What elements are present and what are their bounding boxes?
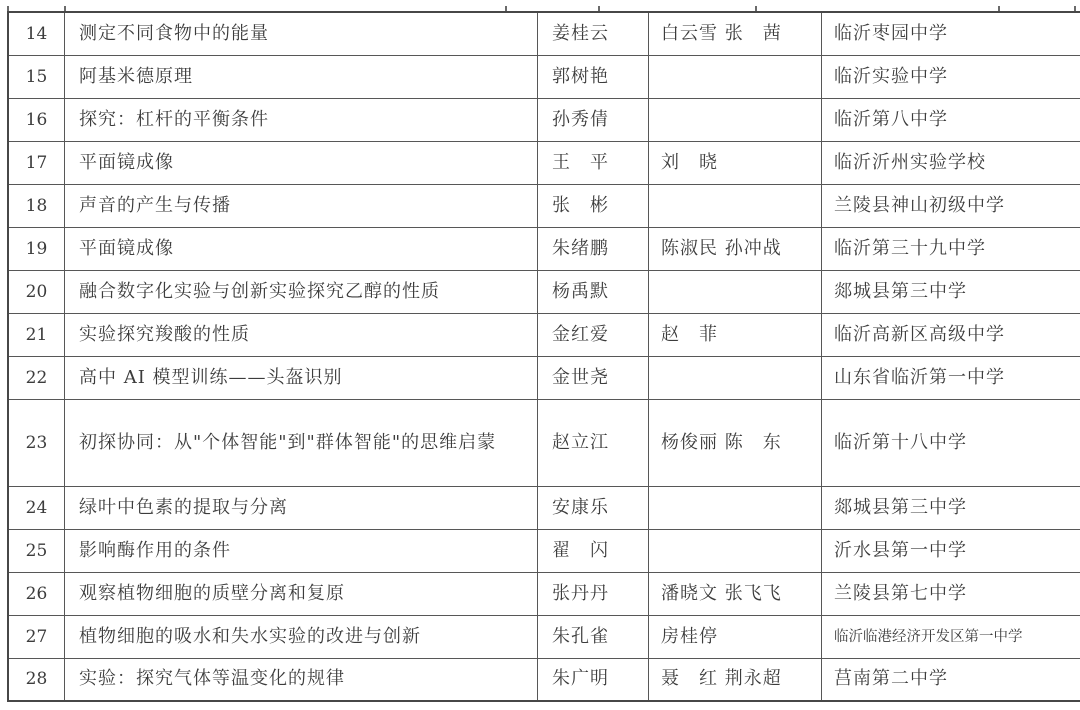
school-cell: 沂水县第一中学 xyxy=(822,529,1080,572)
title-cell: 融合数字化实验与创新实验探究乙醇的性质 xyxy=(65,270,538,313)
row-number-cell: 14 xyxy=(8,12,65,55)
table-row: 15 阿基米德原理 郭树艳 临沂实验中学 — xyxy=(8,55,1080,98)
members-cell: 杨俊丽 陈 东 xyxy=(649,399,822,486)
title-cell: 影响酶作用的条件 xyxy=(65,529,538,572)
title-cell: 实验：探究气体等温变化的规律 xyxy=(65,658,538,701)
row-number-cell: 22 xyxy=(8,356,65,399)
leader-cell: 朱绪鹏 xyxy=(538,227,649,270)
row-number-cell: 27 xyxy=(8,615,65,658)
members-cell: 聂 红 荆永超 xyxy=(649,658,822,701)
title-cell: 声音的产生与传播 xyxy=(65,184,538,227)
table-row: 16 探究：杠杆的平衡条件 孙秀倩 临沂第八中学 — xyxy=(8,98,1080,141)
title-cell: 观察植物细胞的质壁分离和复原 xyxy=(65,572,538,615)
table-row: 17 平面镜成像 王 平 刘 晓 临沂沂州实验学校 — xyxy=(8,141,1080,184)
members-cell xyxy=(649,98,822,141)
school-cell: 临沂第三十九中学 xyxy=(822,227,1080,270)
leader-cell: 赵立江 xyxy=(538,399,649,486)
title-cell: 高中 AI 模型训练——头盔识别 xyxy=(65,356,538,399)
row-number-cell: 15 xyxy=(8,55,65,98)
members-cell: 刘 晓 xyxy=(649,141,822,184)
row-number-cell: 20 xyxy=(8,270,65,313)
table-row: 23 初探协同：从"个体智能"到"群体智能"的思维启蒙 赵立江 杨俊丽 陈 东 … xyxy=(8,399,1080,486)
leader-cell: 孙秀倩 xyxy=(538,98,649,141)
school-cell: 临沂高新区高级中学 xyxy=(822,313,1080,356)
row-number-cell: 26 xyxy=(8,572,65,615)
table-edge-stub xyxy=(1074,6,1076,11)
leader-cell: 张丹丹 xyxy=(538,572,649,615)
table-row: 19 平面镜成像 朱绪鹏 陈淑民 孙冲战 临沂第三十九中学 — xyxy=(8,227,1080,270)
school-cell: 临沂枣园中学 xyxy=(822,12,1080,55)
leader-cell: 杨禹默 xyxy=(538,270,649,313)
table-edge-stub xyxy=(7,6,9,11)
row-number-cell: 17 xyxy=(8,141,65,184)
row-number-cell: 16 xyxy=(8,98,65,141)
members-cell xyxy=(649,356,822,399)
title-cell: 植物细胞的吸水和失水实验的改进与创新 xyxy=(65,615,538,658)
awards-table: 14 测定不同食物中的能量 姜桂云 白云雪 张 茜 临沂枣园中学 — 15 阿基… xyxy=(7,11,1080,702)
leader-cell: 朱孔雀 xyxy=(538,615,649,658)
members-cell xyxy=(649,529,822,572)
school-cell: 郯城县第三中学 xyxy=(822,486,1080,529)
leader-cell: 金世尧 xyxy=(538,356,649,399)
leader-cell: 翟 闪 xyxy=(538,529,649,572)
leader-cell: 姜桂云 xyxy=(538,12,649,55)
row-number-cell: 23 xyxy=(8,399,65,486)
table-edge-stub xyxy=(505,6,507,11)
leader-cell: 安康乐 xyxy=(538,486,649,529)
table-row: 26 观察植物细胞的质壁分离和复原 张丹丹 潘晓文 张飞飞 兰陵县第七中学 — xyxy=(8,572,1080,615)
title-cell: 平面镜成像 xyxy=(65,227,538,270)
table-row: 18 声音的产生与传播 张 彬 兰陵县神山初级中学 — xyxy=(8,184,1080,227)
row-number-cell: 18 xyxy=(8,184,65,227)
leader-cell: 朱广明 xyxy=(538,658,649,701)
school-cell: 临沂沂州实验学校 xyxy=(822,141,1080,184)
table-edge-stub xyxy=(755,6,757,11)
school-cell: 莒南第二中学 xyxy=(822,658,1080,701)
table-row: 24 绿叶中色素的提取与分离 安康乐 郯城县第三中学 — xyxy=(8,486,1080,529)
title-cell: 探究：杠杆的平衡条件 xyxy=(65,98,538,141)
table-row: 20 融合数字化实验与创新实验探究乙醇的性质 杨禹默 郯城县第三中学 — xyxy=(8,270,1080,313)
row-number-cell: 21 xyxy=(8,313,65,356)
table-row: 21 实验探究羧酸的性质 金红爱 赵 菲 临沂高新区高级中学 — xyxy=(8,313,1080,356)
leader-cell: 金红爱 xyxy=(538,313,649,356)
school-cell: 兰陵县第七中学 xyxy=(822,572,1080,615)
members-cell: 潘晓文 张飞飞 xyxy=(649,572,822,615)
table-edge-stub xyxy=(64,6,66,11)
title-cell: 阿基米德原理 xyxy=(65,55,538,98)
title-cell: 绿叶中色素的提取与分离 xyxy=(65,486,538,529)
school-cell: 临沂第十八中学 xyxy=(822,399,1080,486)
title-cell: 测定不同食物中的能量 xyxy=(65,12,538,55)
members-cell: 白云雪 张 茜 xyxy=(649,12,822,55)
leader-cell: 王 平 xyxy=(538,141,649,184)
table-body: 14 测定不同食物中的能量 姜桂云 白云雪 张 茜 临沂枣园中学 — 15 阿基… xyxy=(8,12,1080,701)
table-edge-stub xyxy=(598,6,600,11)
table-row: 22 高中 AI 模型训练——头盔识别 金世尧 山东省临沂第一中学 — xyxy=(8,356,1080,399)
table-edge-stub xyxy=(998,6,1000,11)
school-cell: 兰陵县神山初级中学 xyxy=(822,184,1080,227)
leader-cell: 郭树艳 xyxy=(538,55,649,98)
document-page: 14 测定不同食物中的能量 姜桂云 白云雪 张 茜 临沂枣园中学 — 15 阿基… xyxy=(0,0,1080,702)
row-number-cell: 28 xyxy=(8,658,65,701)
school-cell: 山东省临沂第一中学 xyxy=(822,356,1080,399)
row-number-cell: 24 xyxy=(8,486,65,529)
table-row: 28 实验：探究气体等温变化的规律 朱广明 聂 红 荆永超 莒南第二中学 — xyxy=(8,658,1080,701)
table-row: 27 植物细胞的吸水和失水实验的改进与创新 朱孔雀 房桂停 临沂临港经济开发区第… xyxy=(8,615,1080,658)
school-cell: 临沂临港经济开发区第一中学 xyxy=(822,615,1080,658)
title-cell: 初探协同：从"个体智能"到"群体智能"的思维启蒙 xyxy=(65,399,538,486)
school-cell: 郯城县第三中学 xyxy=(822,270,1080,313)
school-cell: 临沂第八中学 xyxy=(822,98,1080,141)
table-row: 25 影响酶作用的条件 翟 闪 沂水县第一中学 — xyxy=(8,529,1080,572)
members-cell xyxy=(649,55,822,98)
leader-cell: 张 彬 xyxy=(538,184,649,227)
school-cell: 临沂实验中学 xyxy=(822,55,1080,98)
members-cell xyxy=(649,184,822,227)
row-number-cell: 19 xyxy=(8,227,65,270)
members-cell: 陈淑民 孙冲战 xyxy=(649,227,822,270)
table-continuation-stubs xyxy=(7,6,1076,11)
members-cell: 房桂停 xyxy=(649,615,822,658)
row-number-cell: 25 xyxy=(8,529,65,572)
members-cell xyxy=(649,486,822,529)
table-row: 14 测定不同食物中的能量 姜桂云 白云雪 张 茜 临沂枣园中学 — xyxy=(8,12,1080,55)
title-cell: 平面镜成像 xyxy=(65,141,538,184)
members-cell xyxy=(649,270,822,313)
title-cell: 实验探究羧酸的性质 xyxy=(65,313,538,356)
members-cell: 赵 菲 xyxy=(649,313,822,356)
